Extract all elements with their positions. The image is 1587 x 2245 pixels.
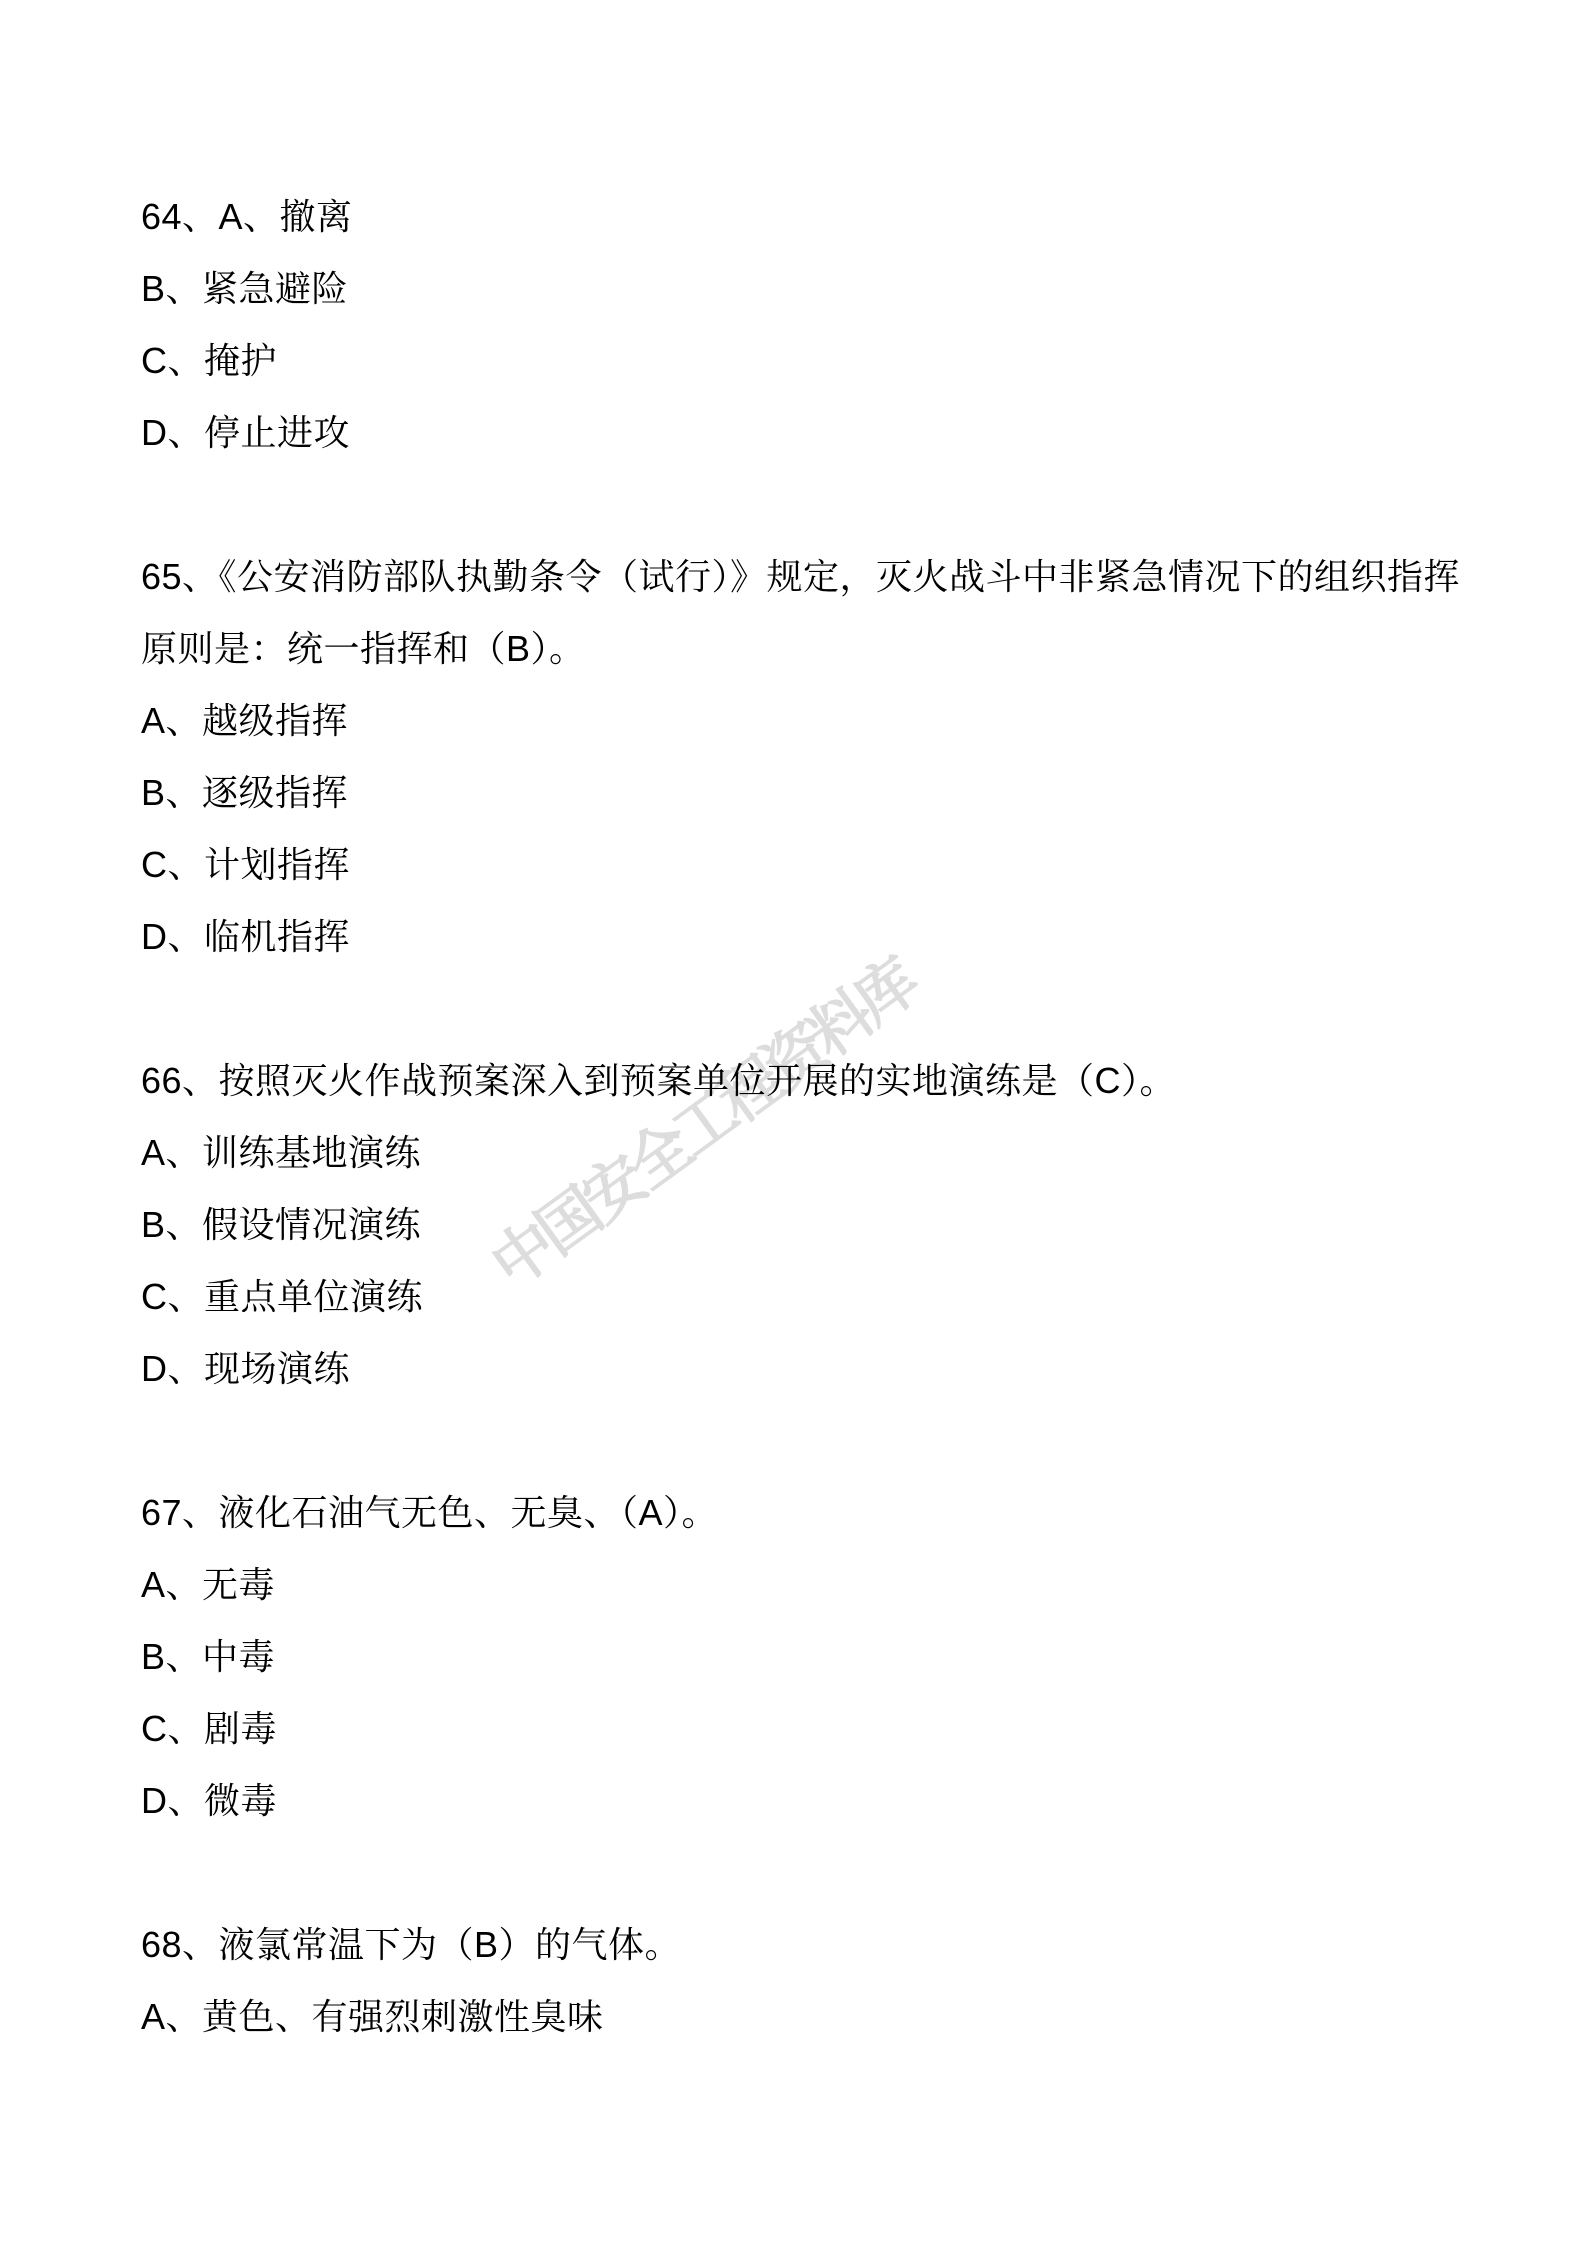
question-65-option-a: A、越级指挥 <box>141 685 1457 757</box>
question-64-option-a: 64、A、撤离 <box>141 181 1457 253</box>
question-65-option-c: C、计划指挥 <box>141 829 1457 901</box>
question-66-option-b: B、假设情况演练 <box>141 1189 1457 1261</box>
question-68-stem: 68、液氯常温下为（B）的气体。 <box>141 1909 1457 1981</box>
question-65-block: 65、《公安消防部队执勤条令（试行）》规定，灭火战斗中非紧急情况下的组织指挥 原… <box>141 541 1457 973</box>
question-67-block: 67、液化石油气无色、无臭、（A）。 A、无毒 B、中毒 C、剧毒 D、微毒 <box>141 1477 1457 1837</box>
question-64-option-b: B、紧急避险 <box>141 253 1457 325</box>
question-67-option-a: A、无毒 <box>141 1549 1457 1621</box>
exam-page-content: 64、A、撤离 B、紧急避险 C、掩护 D、停止进攻 65、《公安消防部队执勤条… <box>141 181 1457 2053</box>
question-65-option-d: D、临机指挥 <box>141 901 1457 973</box>
question-66-option-d: D、现场演练 <box>141 1333 1457 1405</box>
question-67-option-d: D、微毒 <box>141 1765 1457 1837</box>
question-66-block: 66、按照灭火作战预案深入到预案单位开展的实地演练是（C）。 A、训练基地演练 … <box>141 1045 1457 1405</box>
question-64-option-d: D、停止进攻 <box>141 397 1457 469</box>
question-67-stem: 67、液化石油气无色、无臭、（A）。 <box>141 1477 1457 1549</box>
question-67-option-c: C、剧毒 <box>141 1693 1457 1765</box>
question-65-option-b: B、逐级指挥 <box>141 757 1457 829</box>
question-64-option-c: C、掩护 <box>141 325 1457 397</box>
question-65-stem-line-2: 原则是：统一指挥和（B）。 <box>141 613 1457 685</box>
question-66-option-c: C、重点单位演练 <box>141 1261 1457 1333</box>
question-68-block: 68、液氯常温下为（B）的气体。 A、黄色、有强烈刺激性臭味 <box>141 1909 1457 2053</box>
question-65-stem-line-1: 65、《公安消防部队执勤条令（试行）》规定，灭火战斗中非紧急情况下的组织指挥 <box>141 541 1457 613</box>
question-66-stem: 66、按照灭火作战预案深入到预案单位开展的实地演练是（C）。 <box>141 1045 1457 1117</box>
question-67-option-b: B、中毒 <box>141 1621 1457 1693</box>
question-64-block: 64、A、撤离 B、紧急避险 C、掩护 D、停止进攻 <box>141 181 1457 469</box>
question-68-option-a: A、黄色、有强烈刺激性臭味 <box>141 1981 1457 2053</box>
question-66-option-a: A、训练基地演练 <box>141 1117 1457 1189</box>
